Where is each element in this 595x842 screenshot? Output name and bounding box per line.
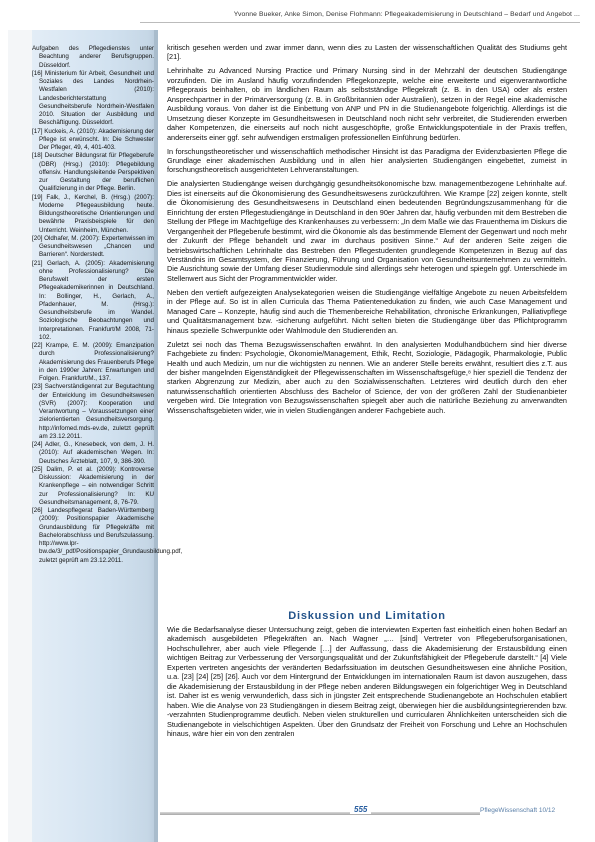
- running-head: Yvonne Bueker, Anke Simon, Denise Flohma…: [140, 8, 580, 23]
- body-paragraph: In forschungstheoretischer und wissensch…: [167, 147, 567, 175]
- body-paragraph: Zuletzt sei noch das Thema Bezugswissens…: [167, 340, 567, 416]
- journal-name: PflegeWissenschaft 10/12: [480, 807, 555, 814]
- section-heading: Diskussion und Limitation: [167, 610, 567, 622]
- body-paragraph: Die analysierten Studiengänge weisen dur…: [167, 179, 567, 283]
- page-number: 555: [350, 805, 371, 814]
- reference-item: [20] Oldhafer, M. (2007): Expertenwissen…: [32, 235, 154, 260]
- section-text: Wie die Bedarfsanalyse dieser Untersuchu…: [167, 625, 567, 738]
- reference-item: [26] Landespflegerat Baden-Württemberg (…: [32, 507, 154, 565]
- body-paragraph: Neben den vertieft aufgezeigten Analysek…: [167, 288, 567, 335]
- body-paragraph: kritisch gesehen werden und zwar immer d…: [167, 43, 567, 62]
- reference-item: [19] Falk, J., Kerchel, B. (Hrsg.) (2007…: [32, 194, 154, 235]
- body-paragraph: Wie die Bedarfsanalyse dieser Untersuchu…: [167, 625, 567, 738]
- reference-item: [17] Kuckeis, A. (2010): Akademisierung …: [32, 128, 154, 153]
- sidebar-edge: [154, 30, 158, 842]
- reference-item: Aufgaben des Pflegedienstes unter Beacht…: [32, 45, 154, 70]
- main-text-column: kritisch gesehen werden und zwar immer d…: [167, 43, 567, 420]
- reference-item: [22] Krampe, E. M. (2009): Emanzipation …: [32, 342, 154, 383]
- reference-item: [16] Ministerium für Arbeit, Gesundheit …: [32, 70, 154, 128]
- reference-item: [23] Sachverständigenrat zur Begutachtun…: [32, 383, 154, 441]
- footer-rule: [160, 812, 480, 815]
- reference-list: Aufgaben des Pflegedienstes unter Beacht…: [32, 45, 154, 565]
- reference-item: [18] Deutscher Bildungsrat für Pflegeber…: [32, 152, 154, 193]
- reference-item: [25] Dalim, P. et al. (2009): Kontrovers…: [32, 466, 154, 507]
- reference-item: [24] Adler, G., Knesebeck, von dem, J. H…: [32, 441, 154, 466]
- body-paragraph: Lehrinhalte zu Advanced Nursing Practice…: [167, 66, 567, 142]
- reference-item: [21] Gerlach, A. (2005): Akademisierung …: [32, 260, 154, 343]
